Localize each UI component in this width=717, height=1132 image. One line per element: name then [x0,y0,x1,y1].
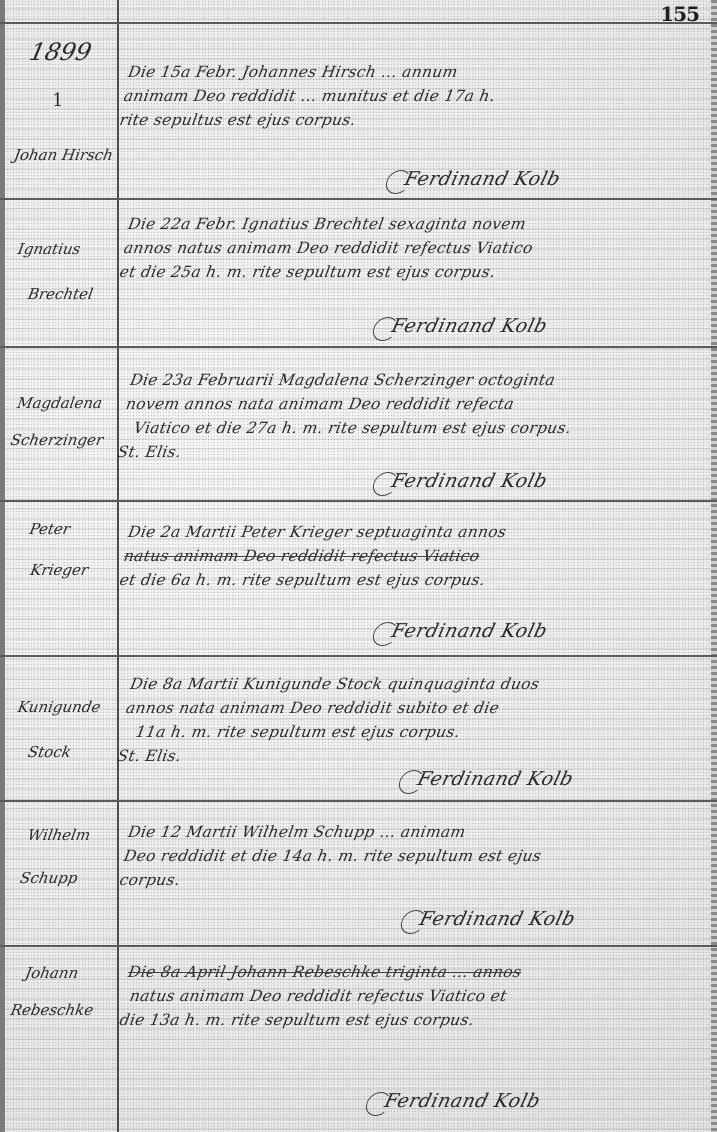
entry-line: St. Elis. [116,440,690,464]
register-entry: Die 22a Febr. Ignatius Brechtel sexagint… [118,212,701,284]
deceased-given-name: Peter [28,522,119,537]
entry-line: Die 2a Martii Peter Krieger septuaginta … [126,520,700,544]
entry-line: et die 25a h. m. rite sepultum est ejus … [118,260,692,284]
register-entry: Die 8a Martii Kunigunde Stock quinquagin… [116,672,703,768]
deceased-surname: Schupp [19,871,112,886]
deceased-given-name: Kunigunde [17,700,120,715]
entry-line: Viatico et die 27a h. m. rite sepultum e… [120,416,694,440]
priest-signature: Ferdinand Kolb [417,908,578,930]
margin-name: Wilhelm Schupp [9,828,119,886]
entry-line: natus animam Deo reddidit refectus Viati… [122,984,696,1008]
entry-divider [0,346,717,348]
entry-divider [0,800,717,802]
entry-divider [0,500,717,502]
margin-name: Johan Hirsch [13,148,116,163]
register-entry: Die 2a Martii Peter Krieger septuaginta … [118,520,701,592]
register-year: 1899 [27,38,94,66]
deceased-surname: Krieger [29,563,112,578]
entry-line: rite sepultus est ejus corpus. [118,108,692,132]
priest-signature: Ferdinand Kolb [382,1090,543,1112]
margin-name: Peter Krieger [9,522,119,578]
deceased-name: Johan Hirsch [13,148,116,163]
deceased-surname: Stock [27,745,112,760]
ruled-line [0,22,717,24]
entry-divider [0,198,717,200]
margin-name: Johann Rebeschke [9,966,118,1018]
deceased-given-name: Ignatius [17,242,120,257]
entry-line: Die 8a April Johann Rebeschke triginta .… [126,960,700,984]
entry-line: St. Elis. [116,744,690,768]
entry-line: Die 12 Martii Wilhelm Schupp ... animam [126,820,700,844]
margin-name: Ignatius Brechtel [9,242,120,302]
entry-line: natus animam Deo reddidit refectus Viati… [122,544,696,568]
entry-line: et die 6a h. m. rite sepultum est ejus c… [118,568,692,592]
page-number: 155 [660,2,699,26]
entry-divider [0,655,717,657]
entry-line: corpus. [118,868,692,892]
entry-divider [0,945,717,947]
register-entry: Die 8a April Johann Rebeschke triginta .… [118,960,701,1032]
entry-line: animam Deo reddidit ... munitus et die 1… [122,84,696,108]
priest-signature: Ferdinand Kolb [389,470,550,492]
margin-name: Kunigunde Stock [9,700,120,760]
deceased-given-name: Johann [24,966,119,981]
entry-line: Die 22a Febr. Ignatius Brechtel sexagint… [126,212,700,236]
entry-line: Die 15a Febr. Johannes Hirsch ... annum [126,60,700,84]
deceased-surname: Scherzinger [9,433,112,448]
entry-line: Deo reddidit et die 14a h. m. rite sepul… [122,844,696,868]
entry-line: Die 8a Martii Kunigunde Stock quinquagin… [128,672,702,696]
entry-line: annos nata animam Deo reddidit subito et… [124,696,698,720]
deceased-given-name: Magdalena [16,396,119,411]
register-entry: Die 12 Martii Wilhelm Schupp ... animam … [118,820,701,892]
page-left-edge [0,0,5,1132]
deceased-given-name: Wilhelm [26,828,119,843]
priest-signature: Ferdinand Kolb [389,315,550,337]
margin-name: Magdalena Scherzinger [9,396,118,448]
register-entry: Die 15a Febr. Johannes Hirsch ... annum … [118,60,701,132]
entry-line: die 13a h. m. rite sepultum est ejus cor… [118,1008,692,1032]
register-entry: Die 23a Februarii Magdalena Scherzinger … [116,368,703,464]
priest-signature: Ferdinand Kolb [402,168,563,190]
entry-mark: 1 [52,90,63,111]
page-right-edge [711,0,717,1132]
register-page: 155 1899 1 Johan Hirsch Die 15a Febr. Jo… [0,0,717,1132]
priest-signature: Ferdinand Kolb [389,620,550,642]
margin-column-rule [117,0,119,1132]
entry-line: annos natus animam Deo reddidit refectus… [122,236,696,260]
priest-signature: Ferdinand Kolb [415,768,576,790]
deceased-surname: Brechtel [27,287,112,302]
deceased-surname: Rebeschke [9,1003,112,1018]
entry-line: Die 23a Februarii Magdalena Scherzinger … [128,368,702,392]
entry-line: novem annos nata animam Deo reddidit ref… [124,392,698,416]
entry-line: 11a h. m. rite sepultum est ejus corpus. [120,720,694,744]
